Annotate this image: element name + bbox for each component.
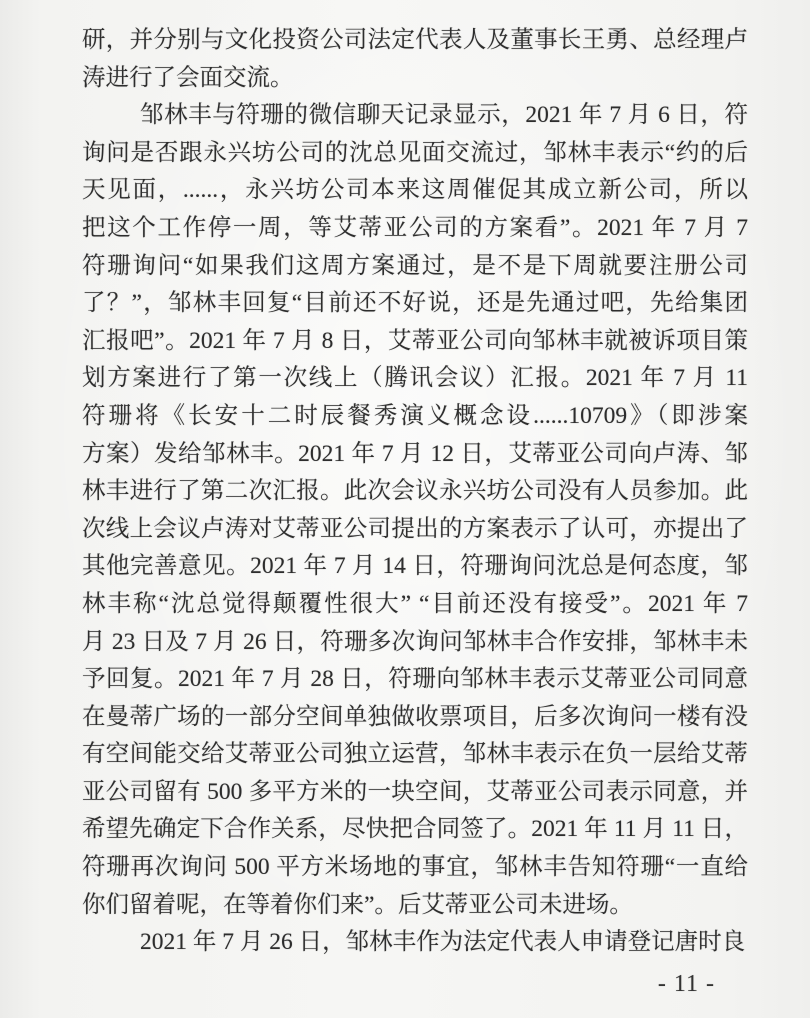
text-line: 涛进行了会面交流。 [82, 60, 748, 98]
text-line: 方案）发给邹林丰。2021 年 7 月 12 日，艾蒂亚公司向卢涛、邹 [82, 436, 748, 474]
text-line: 邹林丰与符珊的微信聊天记录显示，2021 年 7 月 6 日，符珊 [82, 97, 748, 135]
text-line: 天见面，......，永兴坊公司本来这周催促其成立新公司，所以 [82, 172, 748, 210]
text-line: 2021 年 7 月 26 日，邹林丰作为法定代表人申请登记唐时良 [82, 924, 748, 962]
text-line: 有空间能交给艾蒂亚公司独立运营，邹林丰表示在负一层给艾蒂 [82, 736, 748, 774]
text-line: 了？”，邹林丰回复“目前还不好说，还是先通过吧，先给集团 [82, 285, 748, 323]
text-line: 月 23 日及 7 月 26 日，符珊多次询问邹林丰合作安排，邹林丰未 [82, 624, 748, 662]
text-line: 符珊将《长安十二时辰餐秀演义概念设......10709》（即涉案 [82, 398, 748, 436]
text-line: 林丰进行了第二次汇报。此次会议永兴坊公司没有人员参加。此 [82, 473, 748, 511]
text-line: 其他完善意见。2021 年 7 月 14 日，符珊询问沈总是何态度，邹 [82, 548, 748, 586]
text-line: 在曼蒂广场的一部分空间单独做收票项目，后多次询问一楼有没 [82, 699, 748, 737]
text-line: 林丰称“沈总觉得颠覆性很大” “目前还没有接受”。2021 年 7 [82, 586, 748, 624]
text-line: 次线上会议卢涛对艾蒂亚公司提出的方案表示了认可，亦提出了 [82, 511, 748, 549]
text-line: 符珊再次询问 500 平方米场地的事宜，邹林丰告知符珊“一直给 [82, 849, 748, 887]
text-line: 亚公司留有 500 多平方米的一块空间，艾蒂亚公司表示同意，并 [82, 774, 748, 812]
text-line: 划方案进行了第一次线上（腾讯会议）汇报。2021 年 7 月 11 日， [82, 360, 748, 398]
text-line: 希望先确定下合作关系，尽快把合同签了。2021 年 11 月 11 日， [82, 811, 748, 849]
document-text-block: 研，并分别与文化投资公司法定代表人及董事长王勇、总经理卢 涛进行了会面交流。 邹… [82, 22, 748, 962]
page-number: - 11 - [658, 971, 715, 998]
text-line: 予回复。2021 年 7 月 28 日，符珊向邹林丰表示艾蒂亚公司同意 [82, 661, 748, 699]
text-line: 你们留着呢，在等着你们来”。后艾蒂亚公司未进场。 [82, 887, 748, 925]
text-line: 询问是否跟永兴坊公司的沈总见面交流过，邹林丰表示“约的后 [82, 135, 748, 173]
document-page: 研，并分别与文化投资公司法定代表人及董事长王勇、总经理卢 涛进行了会面交流。 邹… [0, 0, 810, 1018]
text-line: 汇报吧”。2021 年 7 月 8 日，艾蒂亚公司向邹林丰就被诉项目策 [82, 323, 748, 361]
text-line: 符珊询问“如果我们这周方案通过，是不是下周就要注册公司 [82, 248, 748, 286]
text-line: 把这个工作停一周，等艾蒂亚公司的方案看”。2021 年 7 月 7 日， [82, 210, 748, 248]
text-line: 研，并分别与文化投资公司法定代表人及董事长王勇、总经理卢 [82, 22, 748, 60]
